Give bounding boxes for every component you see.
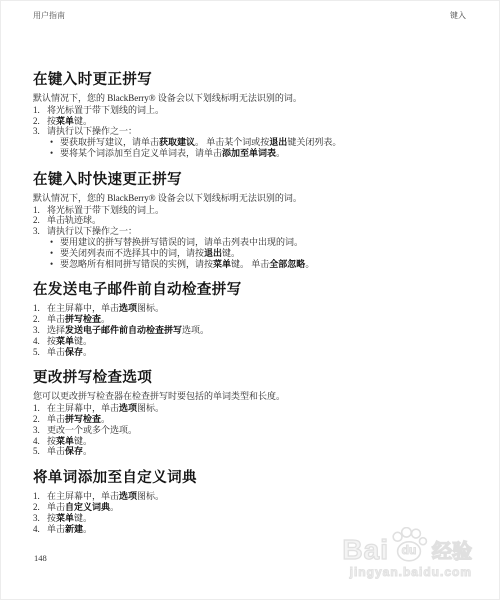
numbered-step: 1.将光标置于带下划线的词上。 — [33, 205, 470, 216]
numbered-step: 1.在主屏幕中，单击选项图标。 — [33, 403, 470, 414]
text-run: 键。 — [74, 436, 92, 446]
text-run: 。 — [101, 414, 110, 424]
bold-term: 菜单 — [56, 336, 74, 346]
text-run: 要关闭列表而不选择其中的词，请按 — [60, 248, 204, 258]
step-number: 1. — [33, 205, 47, 216]
numbered-step: 2.单击自定义词典。 — [33, 502, 470, 513]
bold-term: 选项 — [119, 491, 137, 501]
text-run: 要获取拼写建议，请单击 — [60, 137, 159, 147]
text-run: 。 单击某个词或按 — [195, 137, 269, 147]
section: 在键入时快速更正拼写默认情况下，您的 BlackBerry® 设备会以下划线标明… — [33, 172, 470, 270]
section-title: 在键入时快速更正拼写 — [33, 172, 470, 188]
text-run: 请执行以下操作之一： — [47, 126, 137, 136]
bullet-text: 要将某个词添加至自定义单词表，请单击添加至单词表。 — [60, 148, 470, 159]
bullet-item: •要用建议的拼写替换拼写错误的词，请单击列表中出现的词。 — [33, 237, 470, 248]
step-text: 单击保存。 — [47, 347, 470, 358]
step-text: 按菜单键。 — [47, 513, 470, 524]
numbered-step: 3.选择发送电子邮件前自动检查拼写选项。 — [33, 325, 470, 336]
step-number: 3. — [33, 425, 47, 436]
text-run: 要用建议的拼写替换拼写错误的词，请单击列表中出现的词。 — [60, 237, 303, 247]
text-run: 单击 — [47, 314, 65, 324]
bold-term: 新建 — [65, 524, 83, 534]
step-number: 1. — [33, 303, 47, 314]
step-number: 4. — [33, 336, 47, 347]
step-number: 1. — [33, 403, 47, 414]
text-run: 。 — [83, 446, 92, 456]
bullet-item: •要忽略所有相同拼写错误的实例，请按菜单键。 单击全部忽略。 — [33, 259, 470, 270]
step-number: 2. — [33, 414, 47, 425]
bold-term: 保存 — [65, 347, 83, 357]
text-run: 。 — [83, 347, 92, 357]
text-run: 将光标置于带下划线的词上。 — [47, 205, 164, 215]
text-run: 图标。 — [137, 303, 164, 313]
bold-term: 全部忽略 — [269, 259, 305, 269]
text-run: 键。 — [74, 513, 92, 523]
bold-term: 菜单 — [56, 436, 74, 446]
text-run: 在主屏幕中，单击 — [47, 491, 119, 501]
section: 在键入时更正拼写默认情况下，您的 BlackBerry® 设备会以下划线标明无法… — [33, 72, 470, 159]
step-text: 单击拼写检查。 — [47, 314, 470, 325]
text-run: 键关闭列表。 — [287, 137, 341, 147]
numbered-step: 4.按菜单键。 — [33, 436, 470, 447]
bullet-icon: • — [50, 259, 60, 270]
section-title: 更改拼写检查选项 — [33, 370, 470, 386]
text-run: 。 — [101, 314, 110, 324]
bullet-item: •要关闭列表而不选择其中的词，请按退出键。 — [33, 248, 470, 259]
bold-term: 拼写检查 — [65, 314, 101, 324]
text-run: 。 — [110, 502, 119, 512]
text-run: 请执行以下操作之一： — [47, 226, 137, 236]
baidu-watermark: Bai du 经验 jingyan.baidu.com — [342, 527, 472, 579]
numbered-step: 1.将光标置于带下划线的词上。 — [33, 105, 470, 116]
step-text: 单击轨迹球。 — [47, 215, 470, 226]
step-number: 3. — [33, 226, 47, 237]
step-text: 将光标置于带下划线的词上。 — [47, 205, 470, 216]
watermark-bai-text: Bai — [342, 537, 389, 563]
text-run: 。 — [276, 148, 285, 158]
bullet-icon: • — [50, 148, 60, 159]
step-number: 5. — [33, 347, 47, 358]
text-run: 单击 — [47, 414, 65, 424]
bullet-text: 要用建议的拼写替换拼写错误的词，请单击列表中出现的词。 — [60, 237, 470, 248]
step-number: 5. — [33, 446, 47, 457]
text-run: 图标。 — [137, 403, 164, 413]
bold-term: 添加至单词表 — [222, 148, 276, 158]
text-run: 。 — [305, 259, 314, 269]
step-number: 4. — [33, 524, 47, 535]
numbered-step: 2.单击轨迹球。 — [33, 215, 470, 226]
step-number: 2. — [33, 215, 47, 226]
bullet-text: 要忽略所有相同拼写错误的实例，请按菜单键。 单击全部忽略。 — [60, 259, 470, 270]
text-run: 按 — [47, 513, 56, 523]
step-text: 在主屏幕中，单击选项图标。 — [47, 403, 470, 414]
text-run: 单击轨迹球。 — [47, 215, 101, 225]
step-text: 在主屏幕中，单击选项图标。 — [47, 303, 470, 314]
numbered-step: 3.请执行以下操作之一： — [33, 226, 470, 237]
text-run: 单击 — [47, 446, 65, 456]
paw-icon: du — [390, 527, 428, 563]
bullet-item: •要获取拼写建议，请单击获取建议。 单击某个词或按退出键关闭列表。 — [33, 137, 470, 148]
numbered-step: 1.在主屏幕中，单击选项图标。 — [33, 491, 470, 502]
step-text: 在主屏幕中，单击选项图标。 — [47, 491, 470, 502]
step-text: 请执行以下操作之一： — [47, 226, 470, 237]
text-run: 选择 — [47, 325, 65, 335]
step-number: 2. — [33, 314, 47, 325]
text-run: 更改一个或多个选项。 — [47, 425, 137, 435]
watermark-du-text: du — [402, 543, 417, 557]
text-run: 键。 — [74, 336, 92, 346]
bullet-text: 要获取拼写建议，请单击获取建议。 单击某个词或按退出键关闭列表。 — [60, 137, 470, 148]
section-intro: 默认情况下，您的 BlackBerry® 设备会以下划线标明无法识别的词。 — [33, 93, 470, 104]
bold-term: 保存 — [65, 446, 83, 456]
section: 在发送电子邮件前自动检查拼写1.在主屏幕中，单击选项图标。2.单击拼写检查。3.… — [33, 282, 470, 357]
step-number: 3. — [33, 325, 47, 336]
numbered-step: 3.按菜单键。 — [33, 513, 470, 524]
numbered-step: 5.单击保存。 — [33, 446, 470, 457]
document-sections: 在键入时更正拼写默认情况下，您的 BlackBerry® 设备会以下划线标明无法… — [33, 72, 470, 534]
step-text: 将光标置于带下划线的词上。 — [47, 105, 470, 116]
text-run: 按 — [47, 336, 56, 346]
numbered-step: 5.单击保存。 — [33, 347, 470, 358]
text-run: 按 — [47, 436, 56, 446]
numbered-step: 3.请执行以下操作之一： — [33, 126, 470, 137]
text-run: 。 — [83, 524, 92, 534]
section-intro: 您可以更改拼写检查器在检查拼写时要包括的单词类型和长度。 — [33, 391, 470, 402]
bold-term: 发送电子邮件前自动检查拼写 — [65, 325, 182, 335]
bold-term: 自定义词典 — [65, 502, 110, 512]
step-number: 3. — [33, 513, 47, 524]
text-run: 要忽略所有相同拼写错误的实例，请按 — [60, 259, 213, 269]
text-run: 要将某个词添加至自定义单词表，请单击 — [60, 148, 222, 158]
text-run: 单击 — [47, 347, 65, 357]
bold-term: 拼写检查 — [65, 414, 101, 424]
numbered-step: 4.按菜单键。 — [33, 336, 470, 347]
step-number: 2. — [33, 116, 47, 127]
bold-term: 退出 — [204, 248, 222, 258]
bullet-item: •要将某个词添加至自定义单词表，请单击添加至单词表。 — [33, 148, 470, 159]
text-run: 单击 — [47, 502, 65, 512]
step-number: 1. — [33, 105, 47, 116]
section-intro: 默认情况下，您的 BlackBerry® 设备会以下划线标明无法识别的词。 — [33, 193, 470, 204]
numbered-step: 2.单击拼写检查。 — [33, 414, 470, 425]
text-run: 图标。 — [137, 491, 164, 501]
numbered-step: 1.在主屏幕中，单击选项图标。 — [33, 303, 470, 314]
section-title: 将单词添加至自定义词典 — [33, 470, 470, 486]
bullet-text: 要关闭列表而不选择其中的词，请按退出键。 — [60, 248, 470, 259]
step-text: 单击自定义词典。 — [47, 502, 470, 513]
bold-term: 退出 — [269, 137, 287, 147]
step-number: 3. — [33, 126, 47, 137]
watermark-jingyan-text: 经验 — [432, 541, 472, 563]
text-run: 选项。 — [182, 325, 209, 335]
bullet-icon: • — [50, 237, 60, 248]
step-text: 更改一个或多个选项。 — [47, 425, 470, 436]
bold-term: 选项 — [119, 403, 137, 413]
numbered-step: 3.更改一个或多个选项。 — [33, 425, 470, 436]
text-run: 键。 — [222, 248, 240, 258]
step-text: 单击拼写检查。 — [47, 414, 470, 425]
step-number: 4. — [33, 436, 47, 447]
section: 更改拼写检查选项您可以更改拼写检查器在检查拼写时要包括的单词类型和长度。1.在主… — [33, 370, 470, 457]
page-number: 148 — [34, 553, 47, 563]
section-title: 在发送电子邮件前自动检查拼写 — [33, 282, 470, 298]
text-run: 将光标置于带下划线的词上。 — [47, 105, 164, 115]
step-text: 按菜单键。 — [47, 336, 470, 347]
step-number: 2. — [33, 502, 47, 513]
text-run: 键。 单击 — [231, 259, 269, 269]
text-run: 单击 — [47, 524, 65, 534]
bullet-icon: • — [50, 137, 60, 148]
bold-term: 选项 — [119, 303, 137, 313]
bold-term: 获取建议 — [159, 137, 195, 147]
numbered-step: 2.按菜单键。 — [33, 116, 470, 127]
watermark-url-text: jingyan.baidu.com — [342, 566, 472, 579]
step-text: 单击保存。 — [47, 446, 470, 457]
text-run: 在主屏幕中，单击 — [47, 403, 119, 413]
header-left-label: 用户指南 — [33, 11, 65, 20]
numbered-step: 2.单击拼写检查。 — [33, 314, 470, 325]
step-text: 按菜单键。 — [47, 436, 470, 447]
bold-term: 菜单 — [56, 513, 74, 523]
step-text: 选择发送电子邮件前自动检查拼写选项。 — [47, 325, 470, 336]
step-text: 按菜单键。 — [47, 116, 470, 127]
bold-term: 菜单 — [56, 116, 74, 126]
bold-term: 菜单 — [213, 259, 231, 269]
text-run: 在主屏幕中，单击 — [47, 303, 119, 313]
header-right-label: 键入 — [450, 11, 466, 20]
section-title: 在键入时更正拼写 — [33, 72, 470, 88]
section: 将单词添加至自定义词典1.在主屏幕中，单击选项图标。2.单击自定义词典。3.按菜… — [33, 470, 470, 534]
text-run: 按 — [47, 116, 56, 126]
watermark-logo-row: Bai du 经验 — [342, 527, 472, 563]
bullet-icon: • — [50, 248, 60, 259]
page-header: 用户指南 键入 — [33, 11, 466, 20]
step-text: 请执行以下操作之一： — [47, 126, 470, 137]
step-number: 1. — [33, 491, 47, 502]
text-run: 键。 — [74, 116, 92, 126]
